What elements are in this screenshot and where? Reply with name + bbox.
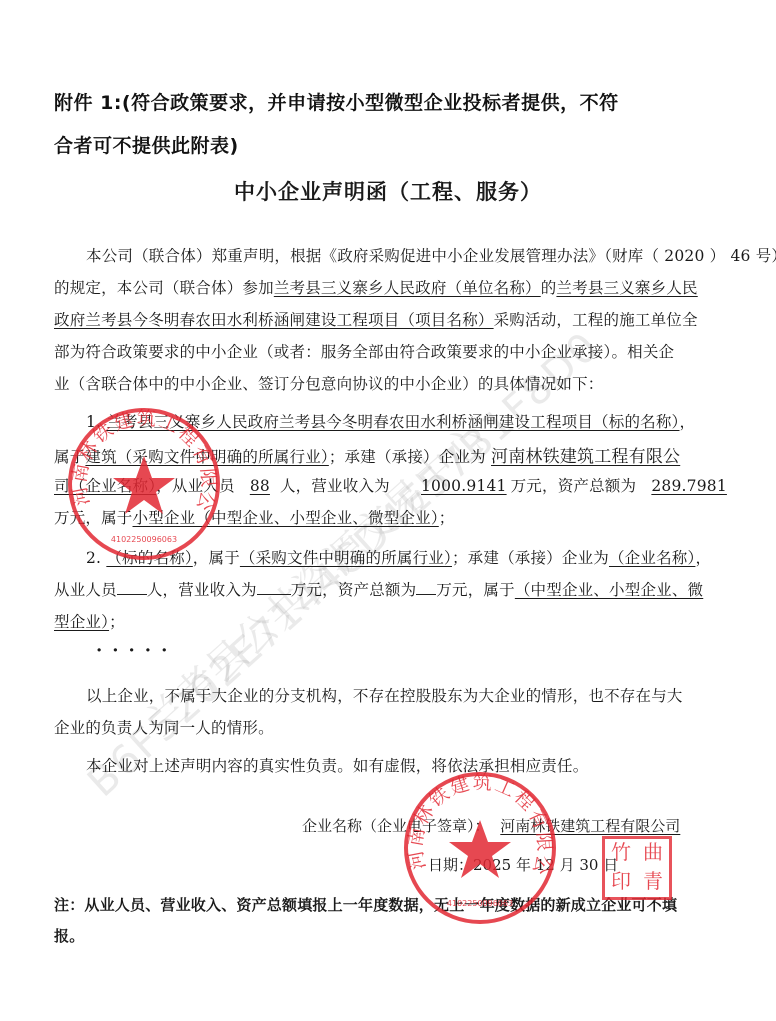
item-text: 万元，属于 — [54, 509, 133, 527]
signature-line: 企业名称（企业电子签章）： 河南林铁建筑工程有限公司 — [302, 815, 680, 836]
item-text: ； — [109, 613, 125, 631]
intro-line2: 的规定，本公司（联合体）参加兰考县三义寨乡人民政府（单位名称）的兰考县三义寨乡人… — [54, 276, 710, 298]
personal-seal-icon: 竹 曲 印 青 — [602, 836, 672, 900]
seal-char: 曲 — [637, 839, 669, 868]
signature-company: 河南林铁建筑工程有限公司 — [494, 817, 680, 835]
item2-revenue-blank — [257, 580, 291, 595]
item1-employees: 88 — [240, 477, 280, 495]
item1-company-name-cont: 司（企业名称） — [54, 477, 156, 495]
item-text: ； — [439, 509, 455, 527]
item1-company-name: 河南林铁建筑工程有限公 — [491, 447, 680, 467]
item1-line3: 司（企业名称），从业人员 88人，营业收入为 1000.9141万元，资产总额为… — [54, 474, 710, 496]
item2-size-cont: 型企业） — [54, 613, 109, 631]
item-text: ；承建（承接）企业为 — [329, 448, 486, 466]
intro-text: 的 — [541, 279, 557, 297]
item2-bid-name: （标的名称） — [106, 549, 192, 567]
item-text: 万元，资产总额为 — [511, 477, 637, 495]
item-number: 2. — [86, 549, 101, 567]
page-title: 中小企业声明函（工程、服务） — [0, 176, 776, 206]
item-text: ， — [680, 413, 696, 431]
item1-revenue: 1000.9141 — [395, 477, 511, 495]
attachment-heading-line2: 合者可不提供此附表) — [54, 131, 710, 158]
item-text: ，属于 — [193, 549, 240, 567]
note-line2: 报。 — [54, 925, 710, 946]
item1-assets: 289.7981 — [641, 477, 727, 495]
item2-line2: 从业人员人，营业收入为万元，资产总额为万元，属于（中型企业、小型企业、微 — [54, 578, 710, 600]
item-text: 属于 — [54, 448, 85, 466]
project-name-part1: 兰考县三义寨乡人民 — [556, 279, 697, 297]
attachment-heading-line1: 附件 1:(符合政策要求，并申请按小型微型企业投标者提供，不符 — [54, 88, 710, 115]
statement1-line2: 企业的负责人为同一人的情形。 — [54, 716, 710, 738]
item-text: 人，营业收入为 — [280, 477, 390, 495]
item-text: 从业人员 — [54, 581, 117, 599]
item2-employees-blank — [117, 580, 147, 595]
item1-line1: 1. 兰考县三义寨乡人民政府兰考县今冬明春农田水利桥涵闸建设工程项目（标的名称）… — [86, 410, 710, 432]
ellipsis: ····· — [96, 640, 177, 661]
item2-size: （中型企业、小型企业、微 — [515, 581, 703, 599]
intro-line3: 政府兰考县今冬明春农田水利桥涵闸建设工程项目（项目名称）采购活动，工程的施工单位… — [54, 308, 710, 330]
intro-line1: 本公司（联合体）郑重声明，根据《政府采购促进中小企业发展管理办法》（财库（ 20… — [86, 244, 710, 266]
item-number: 1. — [86, 413, 101, 431]
project-name-part2: 政府兰考县今冬明春农田水利桥涵闸建设工程项目（项目名称） — [54, 311, 494, 329]
item1-size: 小型企业（中型企业、小型企业、微型企业） — [133, 509, 439, 527]
seal-char: 竹 — [605, 839, 637, 868]
item2-industry: （采购文件中明确的所属行业） — [240, 549, 452, 567]
item-text: 万元，属于 — [436, 581, 515, 599]
item1-bid-name: 兰考县三义寨乡人民政府兰考县今冬明春农田水利桥涵闸建设工程项目（标的名称） — [106, 413, 679, 431]
statement2: 本企业对上述声明内容的真实性负责。如有虚假，将依法承担相应责任。 — [86, 754, 710, 776]
purchaser-name: 兰考县三义寨乡人民政府（单位名称） — [274, 279, 541, 297]
intro-line5: 业（含联合体中的中小企业、签订分包意向协议的中小企业）的具体情况如下： — [54, 372, 710, 394]
signature-date: 日期：2025 年 12 月 30 日 — [428, 854, 618, 875]
seal-char: 青 — [637, 868, 669, 897]
seal-number: 4102250096063 — [111, 535, 177, 544]
seal-char: 印 — [605, 868, 637, 897]
item1-line2: 属于建筑（采购文件中明确的所属行业）；承建（承接）企业为 河南林铁建筑工程有限公 — [54, 442, 710, 467]
item-text: 万元，资产总额为 — [291, 581, 417, 599]
item2-line1: 2. （标的名称），属于（采购文件中明确的所属行业）；承建（承接）企业为（企业名… — [86, 546, 710, 568]
item2-company: （企业名称） — [609, 549, 695, 567]
item-text: ；承建（承接）企业为 — [452, 549, 609, 567]
item1-line4: 万元，属于小型企业（中型企业、小型企业、微型企业）； — [54, 506, 710, 528]
signature-label: 企业名称（企业电子签章）： — [302, 817, 490, 835]
intro-text: 的规定，本公司（联合体）参加 — [54, 279, 274, 297]
statement1-line1: 以上企业，不属于大企业的分支机构，不存在控股股东为大企业的情形，也不存在与大 — [86, 684, 710, 706]
item-text: ，从业人员 — [156, 477, 235, 495]
item2-line3: 型企业）； — [54, 610, 710, 632]
intro-line4: 部为符合政策要求的中小企业（或者：服务全部由符合政策要求的中小企业承接）。相关企 — [54, 340, 710, 362]
item2-assets-blank — [416, 580, 436, 595]
document-page: 兰考县公共资源交易中心 B6F5202E7144CD4E57B1F8D0 附件 … — [0, 0, 776, 1021]
item1-industry: 建筑（采购文件中明确的所属行业） — [85, 448, 328, 466]
intro-text: 采购活动，工程的施工单位全 — [494, 311, 698, 329]
item-text: ， — [695, 549, 711, 567]
item-text: 人，营业收入为 — [147, 581, 257, 599]
